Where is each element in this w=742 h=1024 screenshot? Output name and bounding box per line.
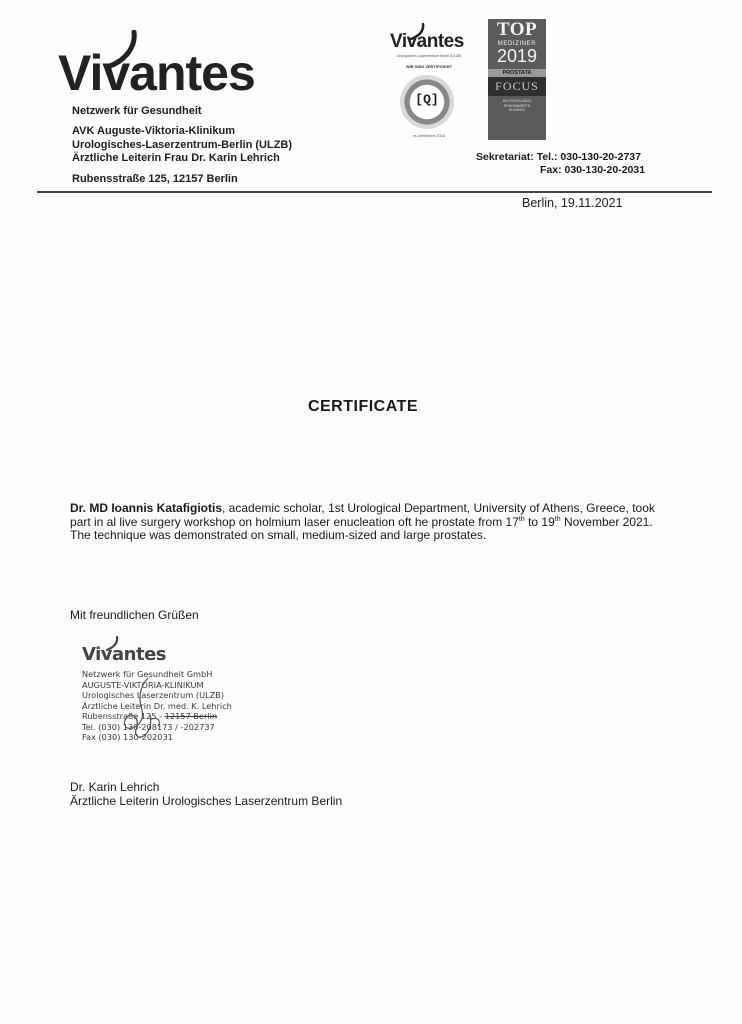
certificate-body: Dr. MD Ioannis Katafigiotis, academic sc… <box>70 502 660 543</box>
top-mediziner-badge: TOP MEDIZINER 2019 PROSTATA FOCUS DEUTSC… <box>488 19 546 140</box>
document-title: CERTIFICATE <box>0 398 742 416</box>
telephone: Sekretariat: Tel.: 030-130-20-2737 <box>476 151 706 164</box>
fax: Fax: 030-130-20-2031 <box>476 164 706 177</box>
signer-name: Dr. Karin Lehrich <box>70 780 342 794</box>
badge-top: TOP <box>488 20 546 40</box>
brand-name: Vivantes <box>58 48 255 98</box>
network-tagline: Netzwerk für Gesundheit <box>72 105 202 119</box>
badge-line: KLINIKEN <box>488 108 546 113</box>
signer-role: Ärztliche Leiterin Urologisches Laserzen… <box>70 794 342 808</box>
certified-label: WIR SIND ZERTIFIZIERT <box>388 64 470 69</box>
badge-specialty: PROSTATA <box>488 69 546 77</box>
title-text: CERTIFICATE <box>308 398 418 415</box>
signer-block: Dr. Karin Lehrich Ärztliche Leiterin Uro… <box>70 780 342 808</box>
cert-subtitle: Urologisches Laserzentrum Berlin (ULZB) <box>388 54 470 58</box>
address-line: Urologisches-Laserzentrum-Berlin (ULZB) <box>72 139 292 153</box>
stamp-brand: Vivantes <box>82 644 166 665</box>
clinic-address: AVK Auguste-Viktoria-Klinikum Urologisch… <box>72 125 292 166</box>
vivantes-logo: Vivantes <box>58 30 268 100</box>
secretariat-contact: Sekretariat: Tel.: 030-130-20-2737 Fax: … <box>476 151 706 177</box>
signature-icon <box>110 676 170 746</box>
badge-publisher: FOCUS <box>488 77 546 96</box>
certification-seal-icon: [Q] <box>400 75 454 129</box>
seal-mark: [Q] <box>400 92 454 107</box>
badge-year: 2019 <box>488 47 546 66</box>
seal-caption: re-zertifiziert 2018 <box>388 133 470 138</box>
closing-greeting: Mit freundlichen Grüßen <box>70 608 199 622</box>
street-address: Rubensstraße 125, 12157 Berlin <box>72 173 238 187</box>
header-divider <box>37 191 712 193</box>
address-line: Ärztliche Leiterin Frau Dr. Karin Lehric… <box>72 152 292 166</box>
cert-brand: Vivantes <box>390 31 464 53</box>
letter-date: Berlin, 19.11.2021 <box>522 196 623 210</box>
recipient-name: Dr. MD Ioannis Katafigiotis <box>70 501 222 515</box>
address-line: AVK Auguste-Viktoria-Klinikum <box>72 125 292 139</box>
